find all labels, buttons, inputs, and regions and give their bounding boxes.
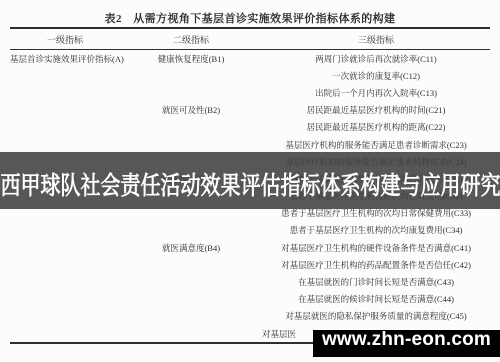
table-row: 对基层就医的隐私保护服务质量的满意程度(C45) (10, 308, 490, 325)
table-cell-c3: 在基层就医的门诊时间长短是否满意(C43) (262, 276, 490, 288)
column-header-level2: 二级指标 (120, 33, 262, 46)
table-row: 就医可及性(B2)居民距最近基层医疗机构的时间(C21) (10, 102, 490, 119)
table-row: 基层医疗机构的服务能否满足患者诊断需求(C23) (10, 136, 490, 153)
table-cell-c3: 对基层医疗卫生机构的硬件设备条件是否满意(C41) (262, 242, 490, 254)
table-title: 表2 从需方视角下基层首诊实施效果评价指标体系的构建 (0, 10, 500, 26)
table-cell-c3: 对基层就医的隐私保护服务质量的满意程度(C45) (262, 310, 490, 322)
table-cell-c2: 就医可及性(B2) (120, 104, 262, 116)
table-header-row: 一级指标 二级指标 三级指标 (10, 29, 490, 50)
table-cell-c3: 患者于基层医疗卫生机构的次均康复费用(C34) (262, 224, 490, 236)
table-row: 一次就诊的康复率(C12) (10, 67, 490, 84)
table-row: 对基层医疗卫生机构的药品配置条件是否信任(C42) (10, 256, 490, 273)
table-cell-c3: 居民距最近基层医疗机构的距离(C22) (262, 121, 490, 133)
table-row: 出院后一个月内再次入院率(C13) (10, 84, 490, 101)
table-cell-c3: 居民距最近基层医疗机构的时间(C21) (262, 104, 490, 116)
table-cell-c3: 患者于基层医疗卫生机构的次均日常保健费用(C33) (262, 207, 490, 219)
table-row: 在基层就医的门诊时间长短是否满意(C43) (10, 273, 490, 290)
table-cell-c1: 基层首诊实施效果评价指标(A) (10, 53, 120, 65)
table-cell-c3: 在基层就医的候诊时间长短是否满意(C44) (262, 293, 490, 305)
table-row: 就医满意度(B4)对基层医疗卫生机构的硬件设备条件是否满意(C41) (10, 239, 490, 256)
table-cell-c2: 就医满意度(B4) (120, 242, 262, 254)
table-row: 基层首诊实施效果评价指标(A)健康恢复程度(B1)两周门诊就诊后再次就诊率(C1… (10, 50, 490, 67)
watermark-url-text: www.zhn-eon.com (322, 329, 491, 351)
table-cell-c3: 出院后一个月内再次入院率(C13) (262, 87, 490, 99)
column-header-level1: 一级指标 (10, 33, 120, 46)
table-row: 居民距最近基层医疗机构的距离(C22) (10, 119, 490, 136)
table-cell-c2: 健康恢复程度(B1) (120, 53, 262, 65)
column-header-level3: 三级指标 (262, 33, 490, 46)
table-cell-c3: 对基层医疗卫生机构的药品配置条件是否信任(C42) (262, 259, 490, 271)
site-watermark: www.zhn-eon.com (313, 330, 500, 357)
table-row: 患者于基层医疗卫生机构的次均康复费用(C34) (10, 222, 490, 239)
overlay-banner: 西甲球队社会责任活动效果评估指标体系构建与应用研究 (0, 152, 500, 209)
table-row: 在基层就医的候诊时间长短是否满意(C44) (10, 291, 490, 308)
table-cell-c3: 一次就诊的康复率(C12) (262, 70, 490, 82)
table-cell-c3: 两周门诊就诊后再次就诊率(C11) (262, 53, 490, 65)
page: 表2 从需方视角下基层首诊实施效果评价指标体系的构建 一级指标 二级指标 三级指… (0, 0, 500, 362)
table-cell-c3: 基层医疗机构的服务能否满足患者诊断需求(C23) (262, 139, 490, 151)
overlay-title-text: 西甲球队社会责任活动效果评估指标体系构建与应用研究 (0, 166, 500, 202)
